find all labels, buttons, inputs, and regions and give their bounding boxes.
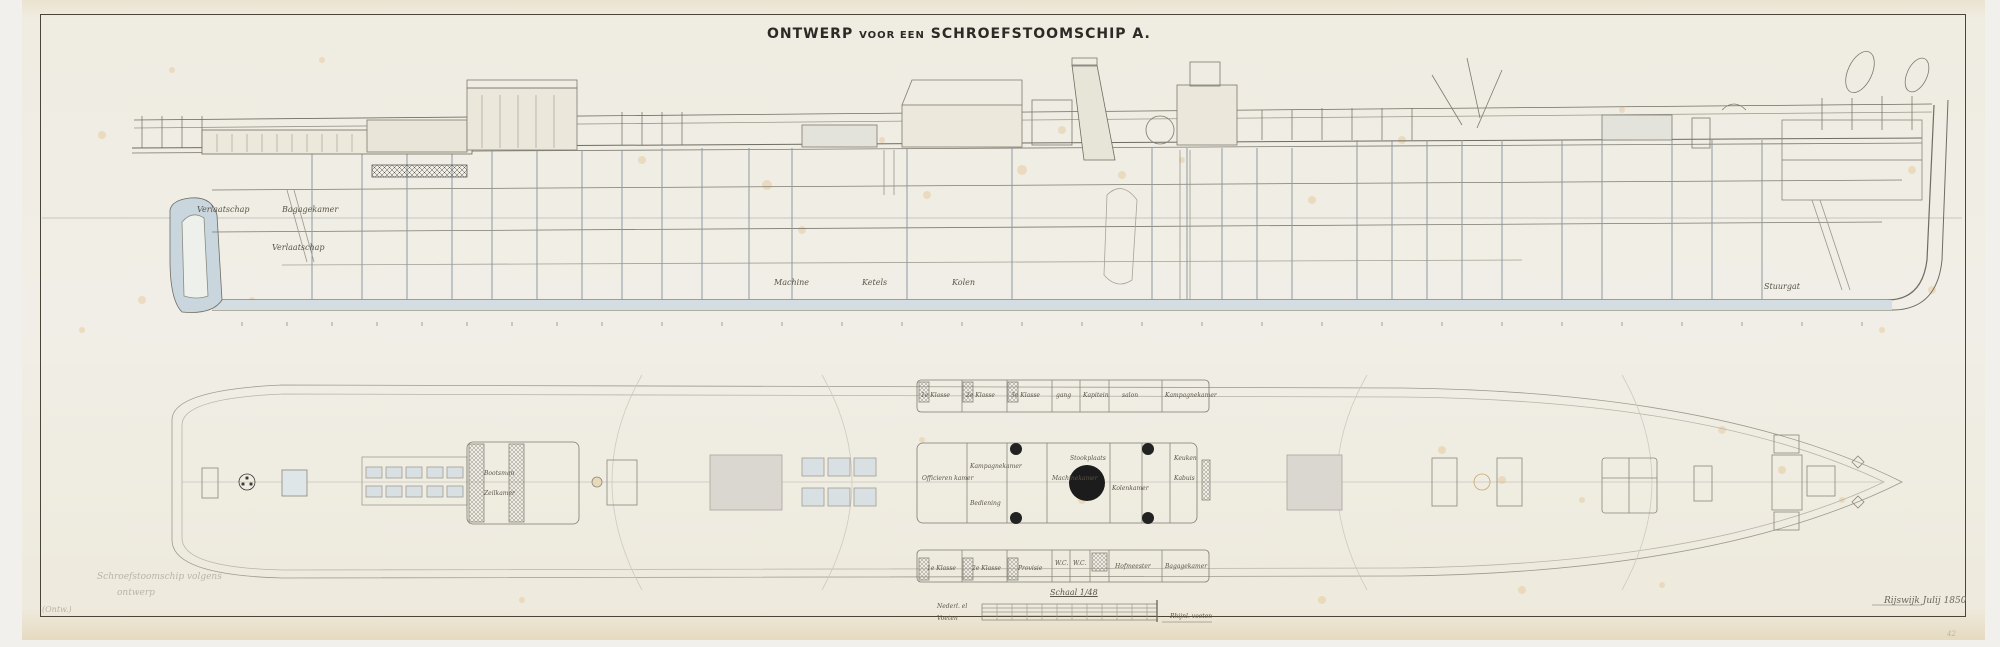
label-aft-hold: Stuurgat xyxy=(1764,282,1800,291)
scale-title: Schaal 1/48 xyxy=(1050,588,1098,597)
room-label: Officieren kamer xyxy=(922,475,973,482)
scale-label-top: Nederl. el xyxy=(937,603,967,610)
cabin-label: W.C. xyxy=(1073,560,1086,567)
cabin-label: Bagagekamer xyxy=(1165,563,1207,570)
room-label: Keuken xyxy=(1174,455,1197,462)
cabin-label: Kapitein xyxy=(1083,392,1109,399)
label-engine-room-3: Kolen xyxy=(952,278,975,287)
faint-note-1: Schroefstoomschip volgens xyxy=(97,572,222,582)
label-engine-room-2: Ketels xyxy=(862,278,887,287)
scale-label-bottom: Voeten xyxy=(937,615,958,622)
cabin-label: 2e Klasse xyxy=(972,565,1001,572)
drawing-sheet: ONTWERP VOOR EEN SCHROEFSTOOMSCHIP A. xyxy=(22,0,1985,640)
room-label: Machinekamer xyxy=(1052,475,1098,482)
cabin-label: 3e Klasse xyxy=(1011,392,1040,399)
room-label: Zeilkamer xyxy=(484,490,515,497)
scale-bar xyxy=(982,600,1922,622)
left-stamp: (Ontw.) xyxy=(42,605,72,614)
deck-plan xyxy=(172,375,1902,590)
cabin-label: 1e Klasse xyxy=(927,565,956,572)
label-engine-room-1: Machine xyxy=(774,278,809,287)
cabin-label: Kampagnekamer xyxy=(1165,392,1217,399)
room-label: Kolenkamer xyxy=(1112,485,1149,492)
cabin-label: W.C. xyxy=(1055,560,1068,567)
faint-note-2: ontwerp xyxy=(117,588,155,598)
cabin-label: Provisie xyxy=(1018,565,1042,572)
cabin-label: salon xyxy=(1122,392,1138,399)
room-label: Bootsman xyxy=(484,470,514,477)
corner-mark: 42 xyxy=(1947,630,1956,638)
label-fore-middle: Bagagekamer xyxy=(282,205,338,214)
cabin-label: 1e Klasse xyxy=(921,392,950,399)
room-label: Bediening xyxy=(970,500,1001,507)
side-elevation xyxy=(42,47,1962,326)
signature: Rijswijk Julij 1850 xyxy=(1884,596,1966,606)
cabin-label: gang xyxy=(1056,392,1071,399)
label-fore-lower: Verlaatschap xyxy=(272,243,325,252)
room-label: Stookplaats xyxy=(1070,455,1106,462)
cabin-label: 2e Klasse xyxy=(966,392,995,399)
room-label: Kabuis xyxy=(1174,475,1195,482)
room-label: Kampagnekamer xyxy=(970,463,1022,470)
label-fore-upper: Verlaatschap xyxy=(197,205,250,214)
cabin-label: Hofmeester xyxy=(1115,563,1151,570)
ship-drawing xyxy=(22,0,1985,640)
scale-unit-label: Rhijnl. voeten xyxy=(1170,613,1212,620)
